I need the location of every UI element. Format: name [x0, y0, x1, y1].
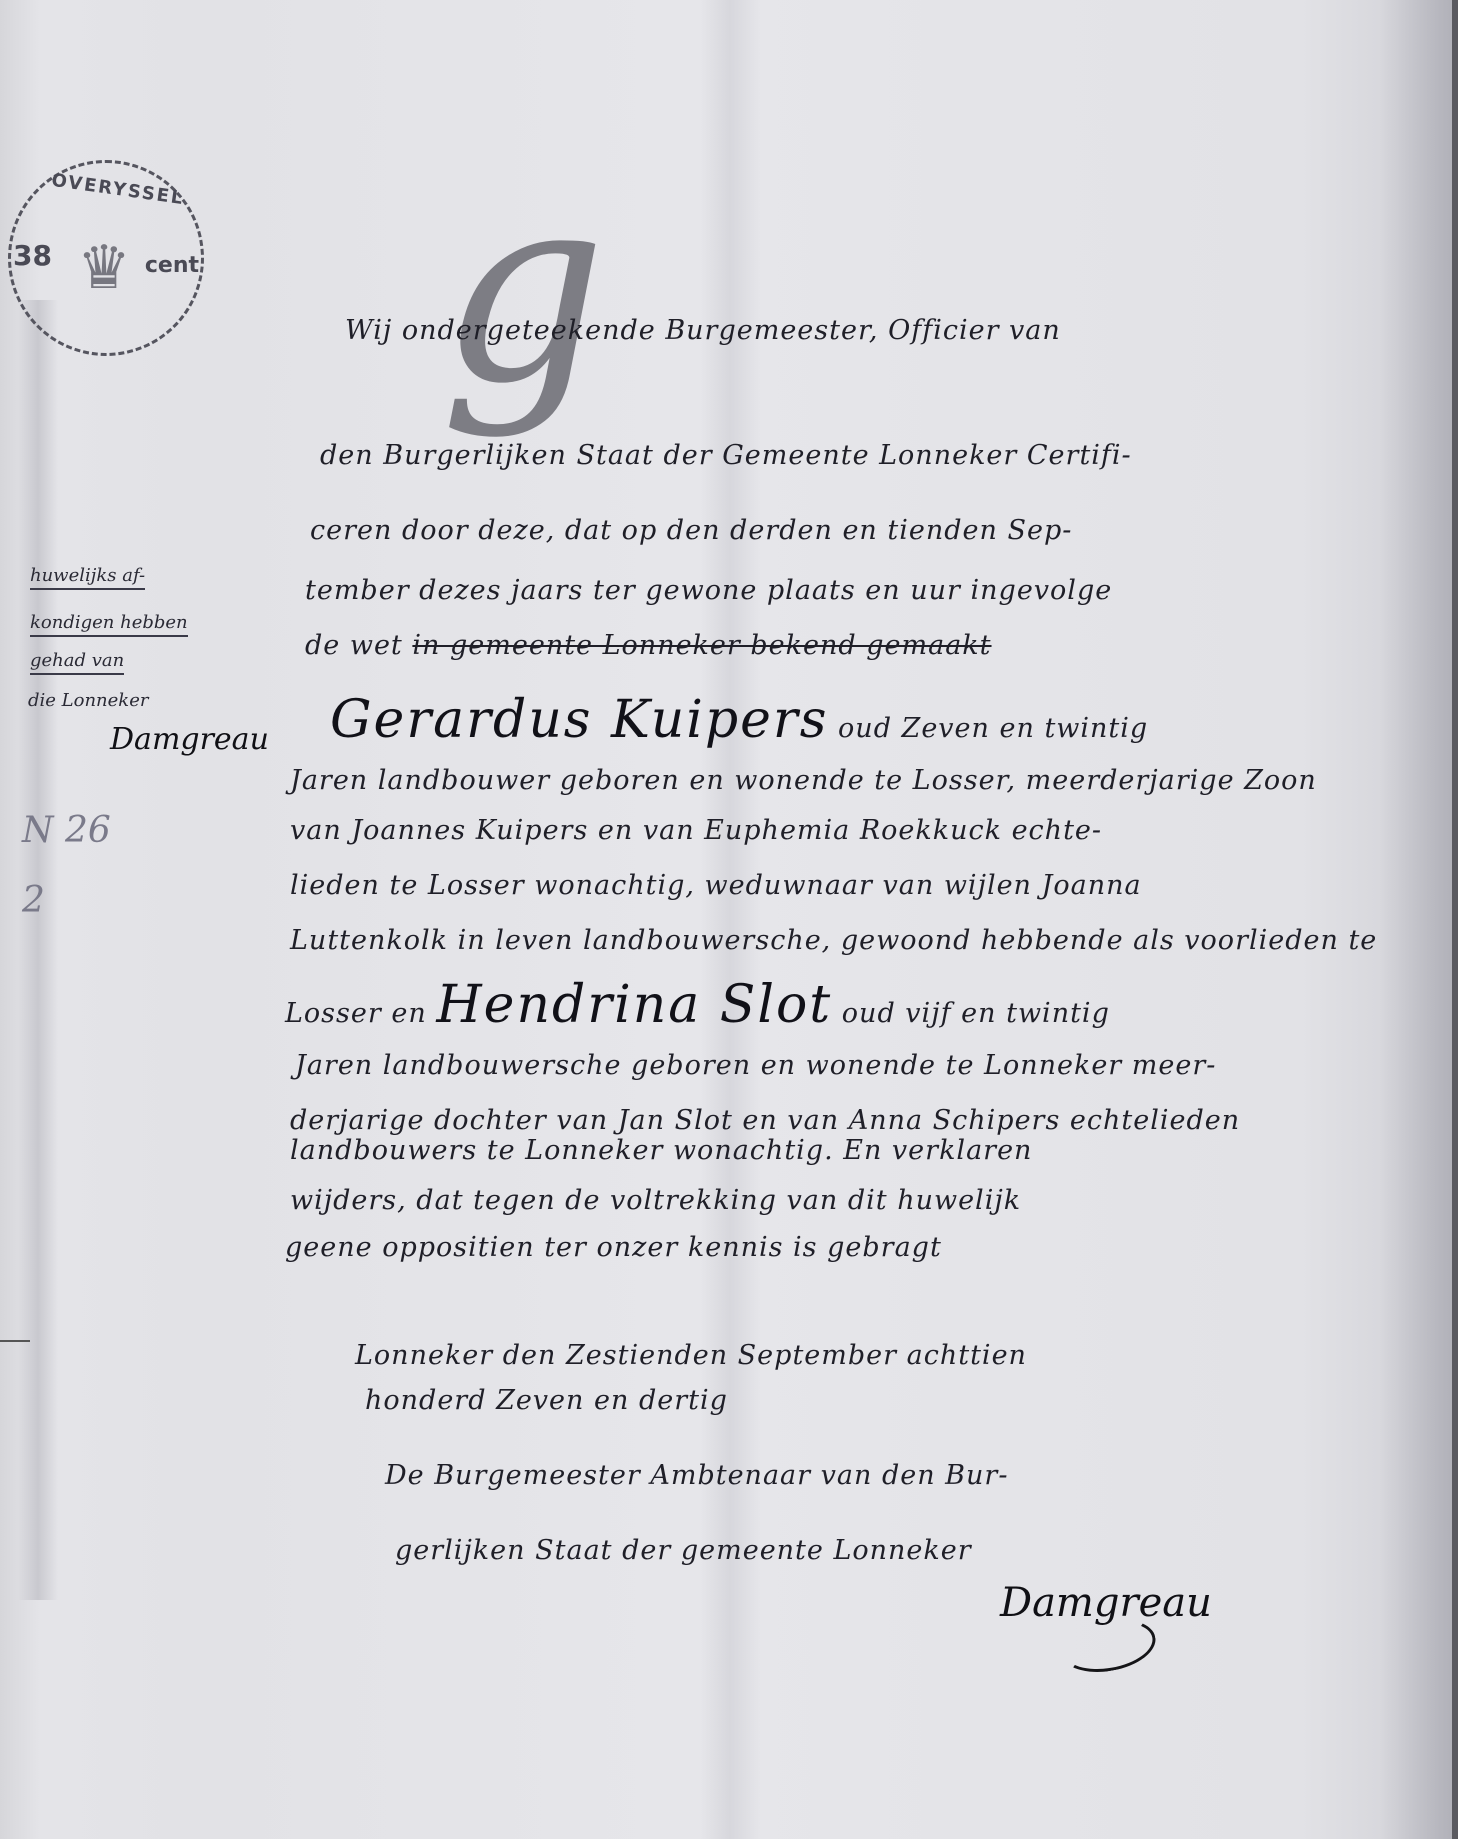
margin-signature: Damgreau — [110, 722, 269, 757]
body-line: den Burgerlijken Staat der Gemeente Lonn… — [320, 440, 1132, 471]
body-line: ceren door deze, dat op den derden en ti… — [310, 515, 1072, 546]
body-line: Jaren landbouwer geboren en wonende te L… — [290, 765, 1317, 796]
scan-shadow-right — [1380, 0, 1452, 1839]
scan-edge — [1452, 0, 1458, 1839]
body-line: tember dezes jaars ter gewone plaats en … — [305, 575, 1112, 606]
margin-record-number: N 26 — [22, 810, 111, 851]
margin-note-line: kondigen hebben — [30, 612, 188, 637]
margin-record-number-2: 2 — [22, 880, 45, 921]
groom-name: Gerardus Kuipers — [330, 690, 828, 750]
body-text: oud vijf en twintig — [842, 998, 1110, 1029]
ornamental-initial: g — [440, 160, 606, 420]
body-line: landbouwers te Lonneker wonachtig. En ve… — [290, 1135, 1032, 1166]
body-line: gerlijken Staat der gemeente Lonneker — [395, 1535, 972, 1566]
margin-tick — [0, 1340, 30, 1342]
body-line: honderd Zeven en dertig — [365, 1385, 728, 1416]
struck-text: in gemeente Lonneker bekend gemaakt — [412, 630, 991, 661]
bride-name: Hendrina Slot — [436, 975, 832, 1035]
body-line: van Joannes Kuipers en van Euphemia Roek… — [290, 815, 1102, 846]
body-line: lieden te Losser wonachtig, weduwnaar va… — [290, 870, 1142, 901]
body-line: Lonneker den Zestienden September achtti… — [355, 1340, 1027, 1371]
body-text: oud Zeven en twintig — [838, 713, 1148, 744]
body-line: derjarige dochter van Jan Slot en van An… — [290, 1105, 1240, 1136]
body-line: Luttenkolk in leven landbouwersche, gewo… — [290, 925, 1377, 956]
body-line: de wet in gemeente Lonneker bekend gemaa… — [305, 630, 992, 661]
body-line: wijders, dat tegen de voltrekking van di… — [290, 1185, 1021, 1216]
body-line: De Burgemeester Ambtenaar van den Bur- — [385, 1460, 1008, 1491]
body-line-bride: Losser en Hendrina Slot oud vijf en twin… — [285, 975, 1110, 1035]
crown-shield-icon: ♛ — [69, 203, 139, 333]
body-text: Losser en — [285, 998, 436, 1029]
body-line: Wij ondergeteekende Burgemeester, Offici… — [345, 315, 1061, 346]
tax-stamp: OVERYSSEL ♛ 38 cent — [8, 160, 204, 356]
scan-shadow-left — [18, 300, 58, 1600]
stamp-unit-text: cent — [145, 253, 199, 278]
body-line: Jaren landbouwersche geboren en wonende … — [295, 1050, 1216, 1081]
margin-note-line: die Lonneker — [28, 690, 148, 711]
body-line: geene oppositien ter onzer kennis is geb… — [285, 1232, 942, 1263]
body-line-groom: Gerardus Kuipers oud Zeven en twintig — [330, 690, 1148, 750]
stamp-value-text: 38 — [13, 239, 52, 272]
margin-note-line: gehad van — [30, 650, 124, 675]
body-text: de wet — [305, 630, 403, 661]
margin-note-line: huwelijks af- — [30, 565, 145, 590]
